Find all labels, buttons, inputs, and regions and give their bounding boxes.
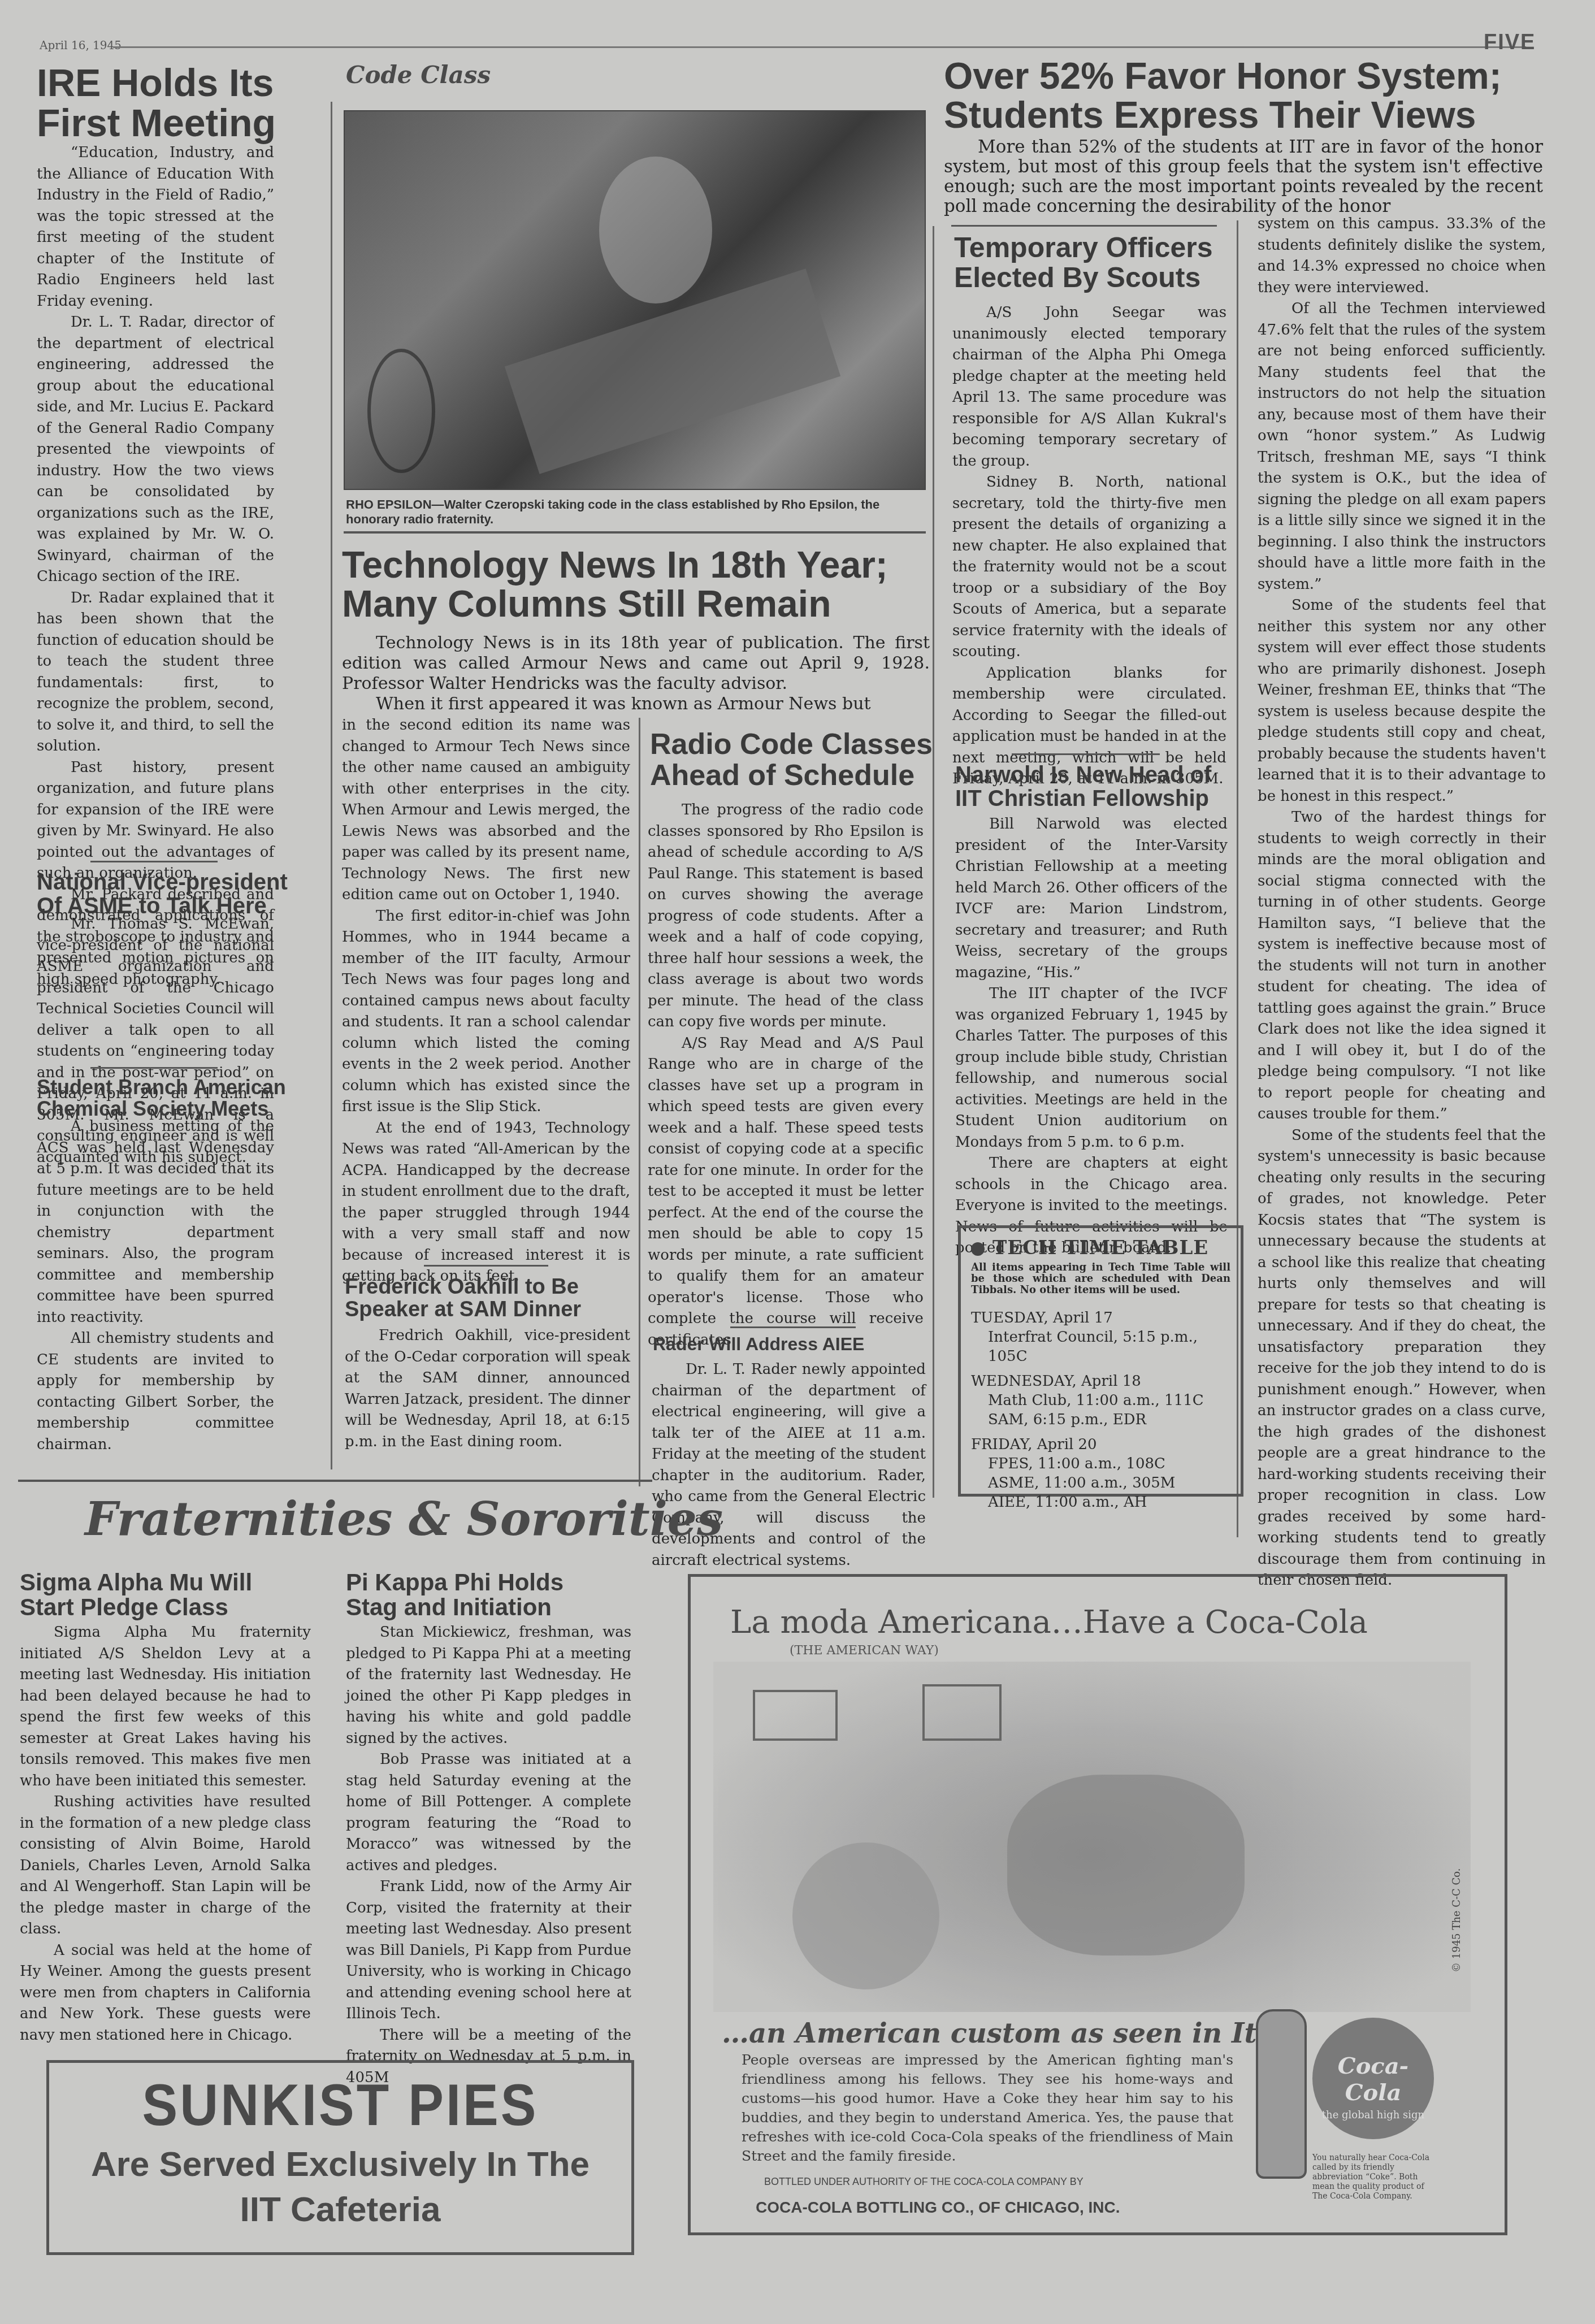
bullet-icon: [971, 1242, 985, 1256]
coke-subhead: (THE AMERICAN WAY): [790, 1644, 939, 1658]
divider: [90, 1067, 218, 1069]
column-rule: [331, 102, 332, 1469]
timetable-item: Interfrat Council, 5:15 p.m., 105C: [971, 1328, 1230, 1366]
timetable-note: All items appearing in Tech Time Table w…: [971, 1262, 1230, 1296]
ire-article: “Education, Industry, and the Alliance o…: [37, 142, 274, 990]
coke-logo-disc: Coca-Cola the global high sign: [1312, 2018, 1434, 2139]
section-rule: [18, 1480, 652, 1482]
narwold-headline: Narwold Is New Head ofIIT Christian Fell…: [955, 763, 1238, 810]
tech-time-table: TECH TIME TABLE All items appearing in T…: [958, 1225, 1243, 1497]
coke-headline: La moda Americana…Have a Coca-Cola: [730, 1604, 1368, 1641]
honor-headline: Over 52% Favor Honor System;Students Exp…: [944, 57, 1577, 135]
pikapp-headline: Pi Kappa Phi HoldsStag and Initiation: [346, 1570, 640, 1620]
sunkist-line2: Are Served Exclusively In The: [49, 2142, 631, 2187]
timetable-item: FPES, 11:00 a.m., 108C: [971, 1454, 1230, 1473]
divider: [951, 225, 1217, 227]
divider: [730, 1326, 856, 1328]
timetable-item: ASME, 11:00 a.m., 305M: [971, 1473, 1230, 1493]
scouts-headline: Temporary OfficersElected By Scouts: [954, 233, 1237, 292]
honor-lead: More than 52% of the students at IIT are…: [944, 137, 1543, 216]
coke-bottled: BOTTLED UNDER AUTHORITY OF THE COCA-COLA…: [764, 2176, 1083, 2188]
acs-article: A business metting of the ACS was held l…: [37, 1116, 274, 1455]
divider: [1012, 753, 1160, 755]
code-class-photo: [344, 110, 926, 490]
coke-body: People overseas are impressed by the Ame…: [742, 2050, 1233, 2166]
page-date: April 16, 1945: [40, 38, 122, 52]
coke-bottle-icon: [1256, 2009, 1307, 2179]
timetable-day: TUESDAY, April 17: [971, 1308, 1230, 1328]
coke-bottler: COCA-COLA BOTTLING CO., OF CHICAGO, INC.: [756, 2199, 1120, 2217]
technews-lead: Technology News is in its 18th year of p…: [342, 633, 930, 714]
masthead-rule: [113, 46, 1526, 48]
caption-rule: [344, 531, 926, 534]
timetable-day: FRIDAY, April 20: [971, 1435, 1230, 1454]
sunkist-line3: IIT Cafeteria: [49, 2187, 631, 2232]
oakhill-headline: Frederick Oakhill to BeSpeaker at SAM Di…: [345, 1276, 639, 1321]
timetable-title: TECH TIME TABLE: [971, 1238, 1230, 1259]
column-rule: [639, 718, 640, 1486]
acs-headline: Student Branch AmericanChemical Society …: [37, 1077, 308, 1120]
photo-caption: RHO EPSILON—Walter Czeropski taking code…: [346, 497, 925, 527]
coke-note: You naturally hear Coca-Cola called by i…: [1312, 2153, 1437, 2201]
radiocode-headline: Radio Code ClassesAhead of Schedule: [650, 729, 944, 791]
sam-article: Sigma Alpha Mu fraternity initiated A/S …: [20, 1622, 311, 2046]
coke-copyright: © 1945 The C-C Co.: [1451, 1868, 1463, 1972]
timetable-item: Math Club, 11:00 a.m., 111C: [971, 1391, 1230, 1410]
coca-cola-ad: La moda Americana…Have a Coca-Cola (THE …: [688, 1574, 1507, 2235]
pikapp-article: Stan Mickiewicz, freshman, was pledged t…: [346, 1622, 631, 2088]
divider: [424, 1265, 548, 1267]
narwold-article: Bill Narwold was elected president of th…: [955, 814, 1228, 1259]
timetable-item: AIEE, 11:00 a.m., AH: [971, 1493, 1230, 1512]
rader-headline: Rader Will Address AIEE: [653, 1335, 924, 1354]
coke-tagline: …an American custom as seen in Italy: [722, 2018, 1301, 2049]
oakhill-article: Fredrich Oakhill, vice-president of the …: [345, 1325, 630, 1452]
timetable-day: WEDNESDAY, April 18: [971, 1372, 1230, 1391]
fraternities-banner: Fraternities & Sororities: [85, 1492, 723, 1546]
asme-headline: National Vice-presidentOf ASME to Talk H…: [37, 870, 308, 918]
column-rule: [933, 226, 934, 1498]
radiocode-article: The progress of the radio code classes s…: [648, 800, 924, 1351]
technews-article: in the second edition its name was chang…: [342, 715, 630, 1287]
sam-headline: Sigma Alpha Mu WillStart Pledge Class: [20, 1570, 314, 1620]
technews-headline: Technology News In 18th Year;Many Column…: [342, 545, 935, 624]
sunkist-ad: SUNKIST PIES Are Served Exclusively In T…: [46, 2060, 634, 2255]
photo-title: Code Class: [346, 61, 491, 89]
page-number: FIVE: [1484, 32, 1536, 54]
ire-headline: IRE Holds ItsFirst Meeting: [37, 63, 331, 144]
honor-article: system on this campus. 33.3% of the stud…: [1258, 214, 1546, 1592]
scouts-article: A/S John Seegar was unanimously elected …: [952, 302, 1226, 790]
coke-illustration: [713, 1662, 1471, 2012]
divider: [90, 861, 218, 862]
sunkist-line1: SUNKIST PIES: [49, 2071, 631, 2140]
timetable-item: SAM, 6:15 p.m., EDR: [971, 1410, 1230, 1429]
